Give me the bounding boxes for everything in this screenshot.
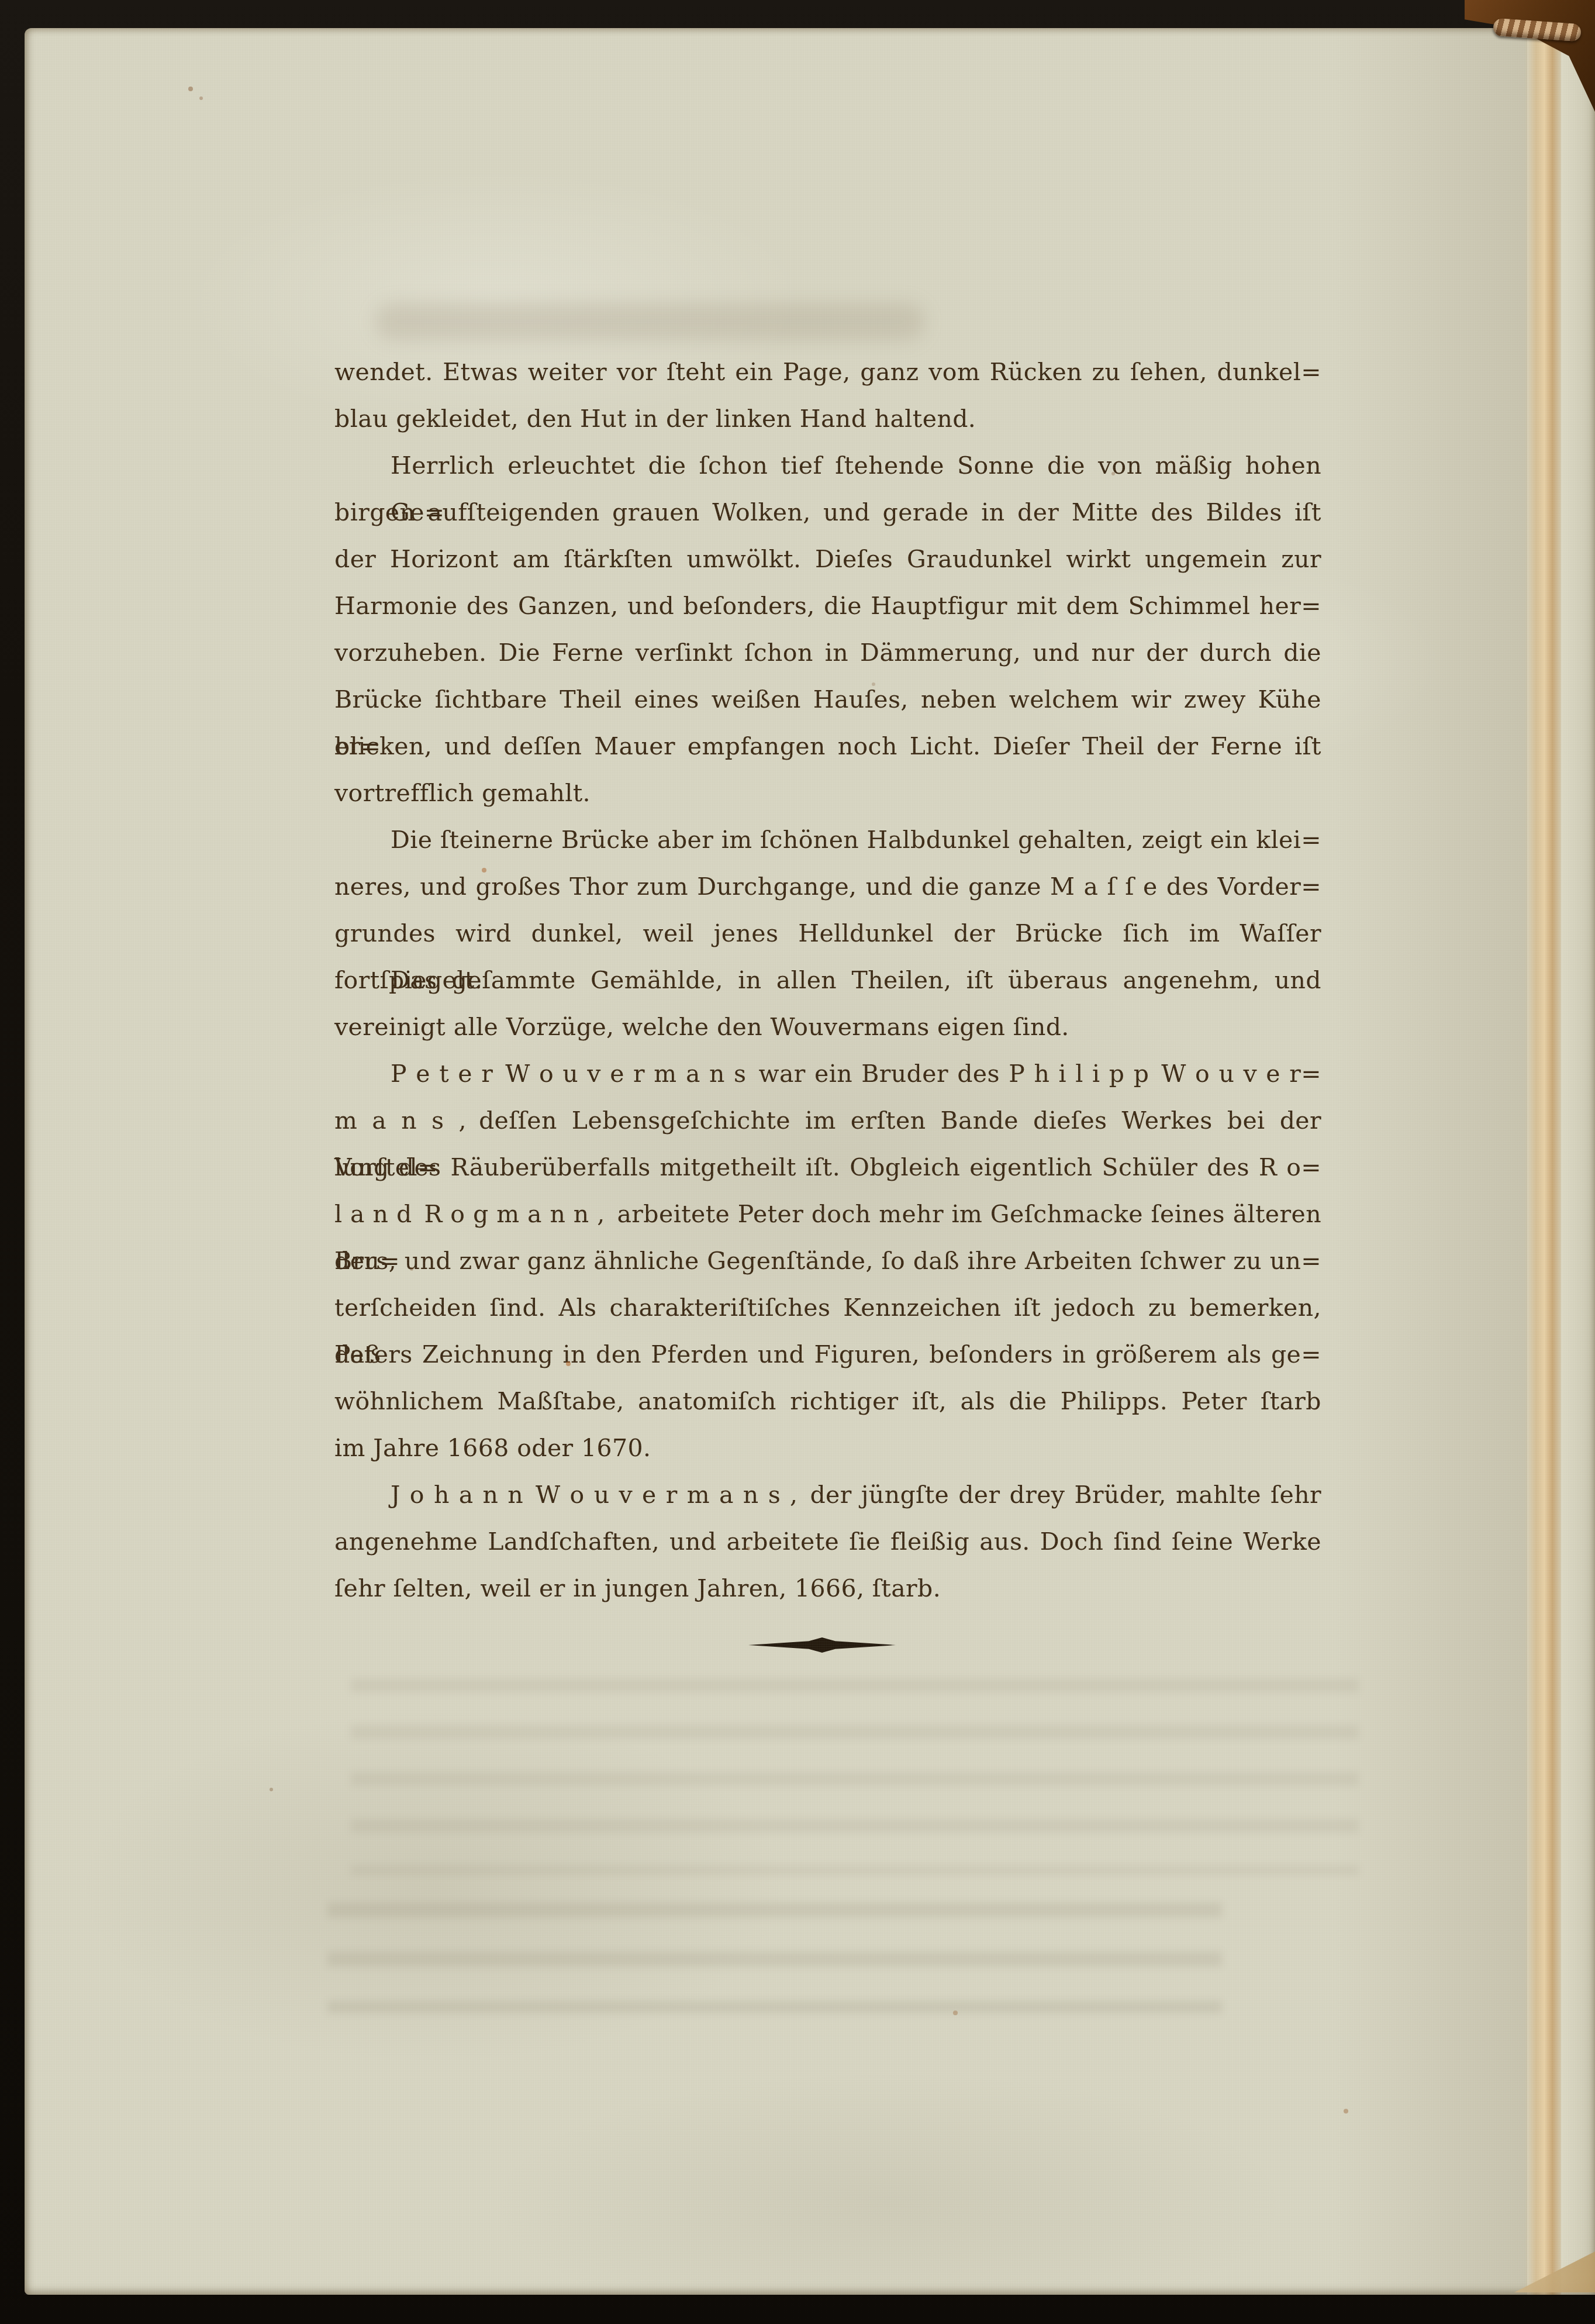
text-line: P e t e r W o u v e r m a n s war ein Br…: [334, 1050, 1321, 1097]
bleedthrough-header-shadow: [375, 303, 925, 340]
text-line: Die ſteinerne Brücke aber im ſchönen Hal…: [334, 816, 1321, 863]
text-line: lung des Räuberüberfalls mitgetheilt iſt…: [334, 1144, 1321, 1191]
text-line: ders, und zwar ganz ähnliche Gegenſtände…: [334, 1237, 1321, 1284]
text-line: blau gekleidet, den Hut in der linken Ha…: [334, 395, 1321, 442]
text-line: vorzuheben. Die Ferne verſinkt ſchon in …: [334, 629, 1321, 676]
text-line: der Horizont am ſtärkſten umwölkt. Dieſe…: [334, 536, 1321, 582]
text-line: Das geſammte Gemählde, in allen Theilen,…: [334, 957, 1321, 1004]
text-line: vortrefflich gemahlt.: [334, 770, 1321, 816]
book-scan-photo: wendet. Etwas weiter vor ſteht ein Page,…: [0, 0, 1595, 2324]
gutter-shadow: [1334, 28, 1527, 2295]
text-line: m a n s , deſſen Lebensgeſchichte im erſ…: [334, 1097, 1321, 1144]
text-line: ſehr ſelten, weil er in jungen Jahren, 1…: [334, 1565, 1321, 1612]
text-line: im Jahre 1668 oder 1670.: [334, 1425, 1321, 1471]
text-line: neres, und großes Thor zum Durchgange, u…: [334, 863, 1321, 910]
text-line: wöhnlichem Maßſtabe, anatomiſch richtige…: [334, 1378, 1321, 1425]
foxing-specks: [25, 28, 27, 30]
text-line: l a n d R o g m a n n , arbeitete Peter …: [334, 1191, 1321, 1237]
text-line: terſcheiden ſind. Als charakteriſtiſches…: [334, 1284, 1321, 1331]
text-line: Herrlich erleuchtet die ſchon tief ſtehe…: [334, 442, 1321, 489]
adjacent-page-edge: [1561, 28, 1595, 2295]
text-line: blicken, und deſſen Mauer empfangen noch…: [334, 723, 1321, 770]
text-block: wendet. Etwas weiter vor ſteht ein Page,…: [334, 349, 1321, 1612]
bleedthrough-text-shadow: [351, 1678, 1359, 1875]
text-line: wendet. Etwas weiter vor ſteht ein Page,…: [334, 349, 1321, 395]
text-line: grundes wird dunkel, weil jenes Helldunk…: [334, 910, 1321, 957]
text-line: J o h a n n W o u v e r m a n s , der jü…: [334, 1471, 1321, 1518]
page-crease: [1525, 28, 1562, 2295]
text-line: angenehme Landſchaften, und arbeitete ſi…: [334, 1518, 1321, 1565]
text-line: birgen aufſteigenden grauen Wolken, und …: [334, 489, 1321, 536]
text-line: Brücke ſichtbare Theil eines weißen Hauſ…: [334, 676, 1321, 723]
page: wendet. Etwas weiter vor ſteht ein Page,…: [25, 28, 1595, 2295]
text-line: Harmonie des Ganzen, und beſonders, die …: [334, 582, 1321, 629]
text-line: Peters Zeichnung in den Pferden und Figu…: [334, 1331, 1321, 1378]
text-line: vereinigt alle Vorzüge, welche den Wouve…: [334, 1004, 1321, 1050]
bleedthrough-text-shadow: [327, 1902, 1222, 2013]
